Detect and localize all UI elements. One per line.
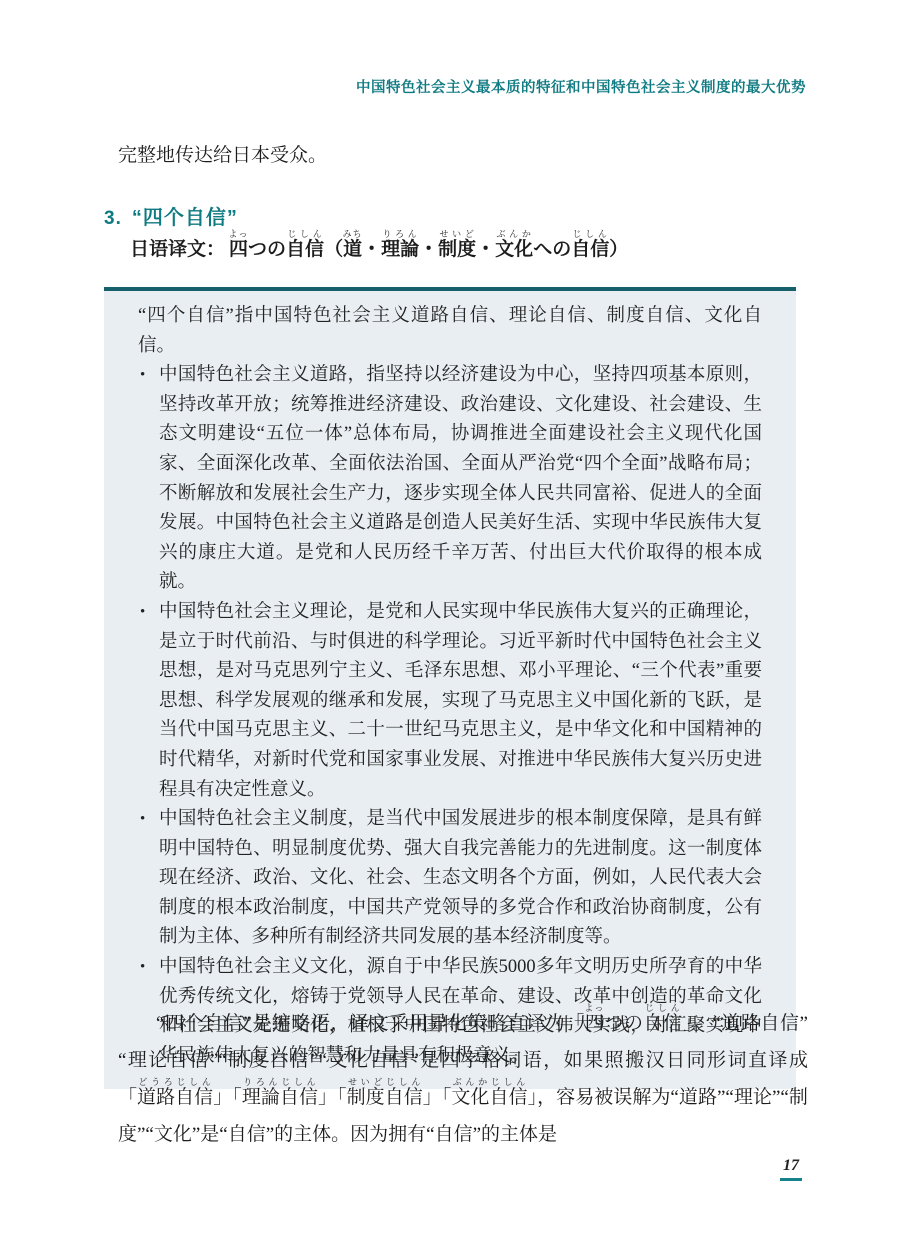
- page-footer: 17: [780, 1157, 802, 1181]
- page-number: 17: [780, 1157, 802, 1181]
- translation-text: 四よっつの自信じしん（道みち・理論りろん・制度せいど・文化ぶんかへの自信じしん）: [229, 239, 628, 260]
- box-bullet-list: 中国特色社会主义道路，指坚持以经济建设为中心，坚持四项基本原则，坚持改革开放；统…: [138, 361, 762, 1071]
- running-header: 中国特色社会主义最本质的特征和中国特色社会主义制度的最大优势: [356, 76, 806, 97]
- definition-box: “四个自信”指中国特色社会主义道路自信、理论自信、制度自信、文化自信。 中国特色…: [104, 287, 796, 1089]
- section-number: 3.: [104, 208, 122, 229]
- paragraph-continuation: 完整地传达给日本受众。: [118, 141, 806, 171]
- bullet-item-theory: 中国特色社会主义理论，是党和人民实现中华民族伟大复兴的正确理论，是立于时代前沿、…: [138, 598, 762, 805]
- japanese-translation-line: 日语译文：四よっつの自信じしん（道みち・理論りろん・制度せいど・文化ぶんかへの自…: [130, 229, 806, 270]
- analysis-paragraph: “四个自信”是缩略语，译文采用异化策略直译为「四よっつの自信じしん」。“道路自信…: [118, 1003, 808, 1153]
- section-title: “四个自信”: [132, 207, 238, 229]
- section-heading: 3.“四个自信”: [104, 201, 238, 230]
- box-intro: “四个自信”指中国特色社会主义道路自信、理论自信、制度自信、文化自信。: [138, 302, 762, 361]
- translation-label: 日语译文：: [130, 239, 225, 260]
- book-page: 中国特色社会主义最本质的特征和中国特色社会主义制度的最大优势 完整地传达给日本受…: [0, 0, 900, 1254]
- bullet-item-system: 中国特色社会主义制度，是当代中国发展进步的根本制度保障，是具有鲜明中国特色、明显…: [138, 805, 762, 953]
- bullet-item-path: 中国特色社会主义道路，指坚持以经济建设为中心，坚持四项基本原则，坚持改革开放；统…: [138, 361, 762, 598]
